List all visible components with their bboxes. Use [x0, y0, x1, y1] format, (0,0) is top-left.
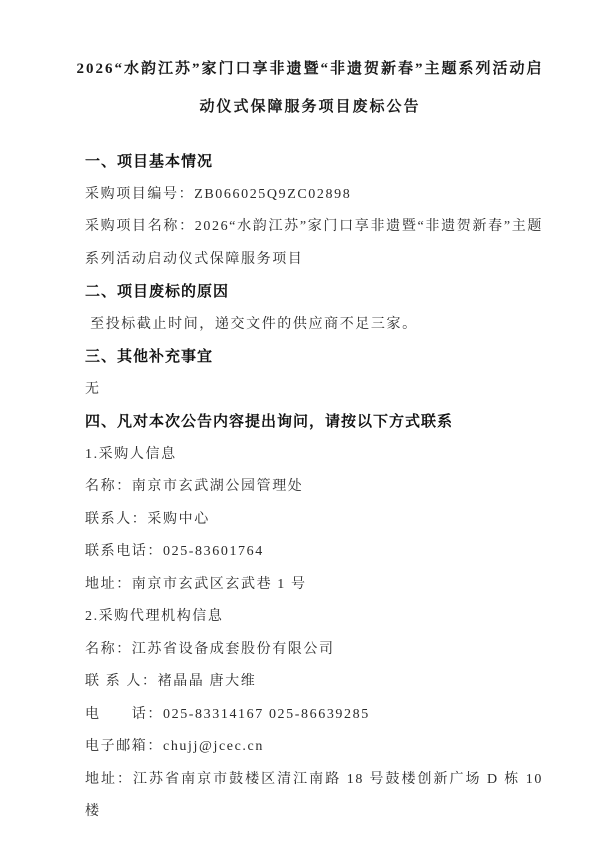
section-heading: 二、项目废标的原因 [85, 276, 543, 309]
paragraph: 名称：南京市玄武湖公园管理处 [85, 471, 543, 504]
paragraph: 至投标截止时间，递交文件的供应商不足三家。 [85, 309, 543, 342]
paragraph: 地址：南京市玄武区玄武巷 1 号 [85, 569, 543, 602]
document-title: 2026“水韵江苏”家门口享非遗暨“非遗贺新春”主题系列活动启动仪式保障服务项目… [75, 50, 545, 126]
section-heading: 一、项目基本情况 [85, 146, 543, 179]
paragraph: 联 系 人：褚晶晶 唐大维 [85, 666, 543, 699]
paragraph: 2.采购代理机构信息 [85, 601, 543, 634]
document-page: 2026“水韵江苏”家门口享非遗暨“非遗贺新春”主题系列活动启动仪式保障服务项目… [0, 0, 603, 862]
section-heading: 四、凡对本次公告内容提出询问，请按以下方式联系 [85, 406, 543, 439]
paragraph: 采购项目编号：ZB066025Q9ZC02898 [85, 179, 543, 212]
paragraph: 联系电话：025-83601764 [85, 536, 543, 569]
paragraph: 联系人：采购中心 [85, 504, 543, 537]
paragraph: 采购项目名称：2026“水韵江苏”家门口享非遗暨“非遗贺新春”主题系列活动启动仪… [85, 211, 543, 276]
paragraph: 无 [85, 374, 543, 407]
section-heading: 三、其他补充事宜 [85, 341, 543, 374]
paragraph: 名称：江苏省设备成套股份有限公司 [85, 634, 543, 667]
paragraph: 地址：江苏省南京市鼓楼区清江南路 18 号鼓楼创新广场 D 栋 10 楼 [85, 764, 543, 829]
document-body: 一、项目基本情况采购项目编号：ZB066025Q9ZC02898采购项目名称：2… [85, 146, 543, 829]
paragraph: 电子邮箱：chujj@jcec.cn [85, 731, 543, 764]
paragraph: 电 话：025-83314167 025-86639285 [85, 699, 543, 732]
paragraph: 1.采购人信息 [85, 439, 543, 472]
